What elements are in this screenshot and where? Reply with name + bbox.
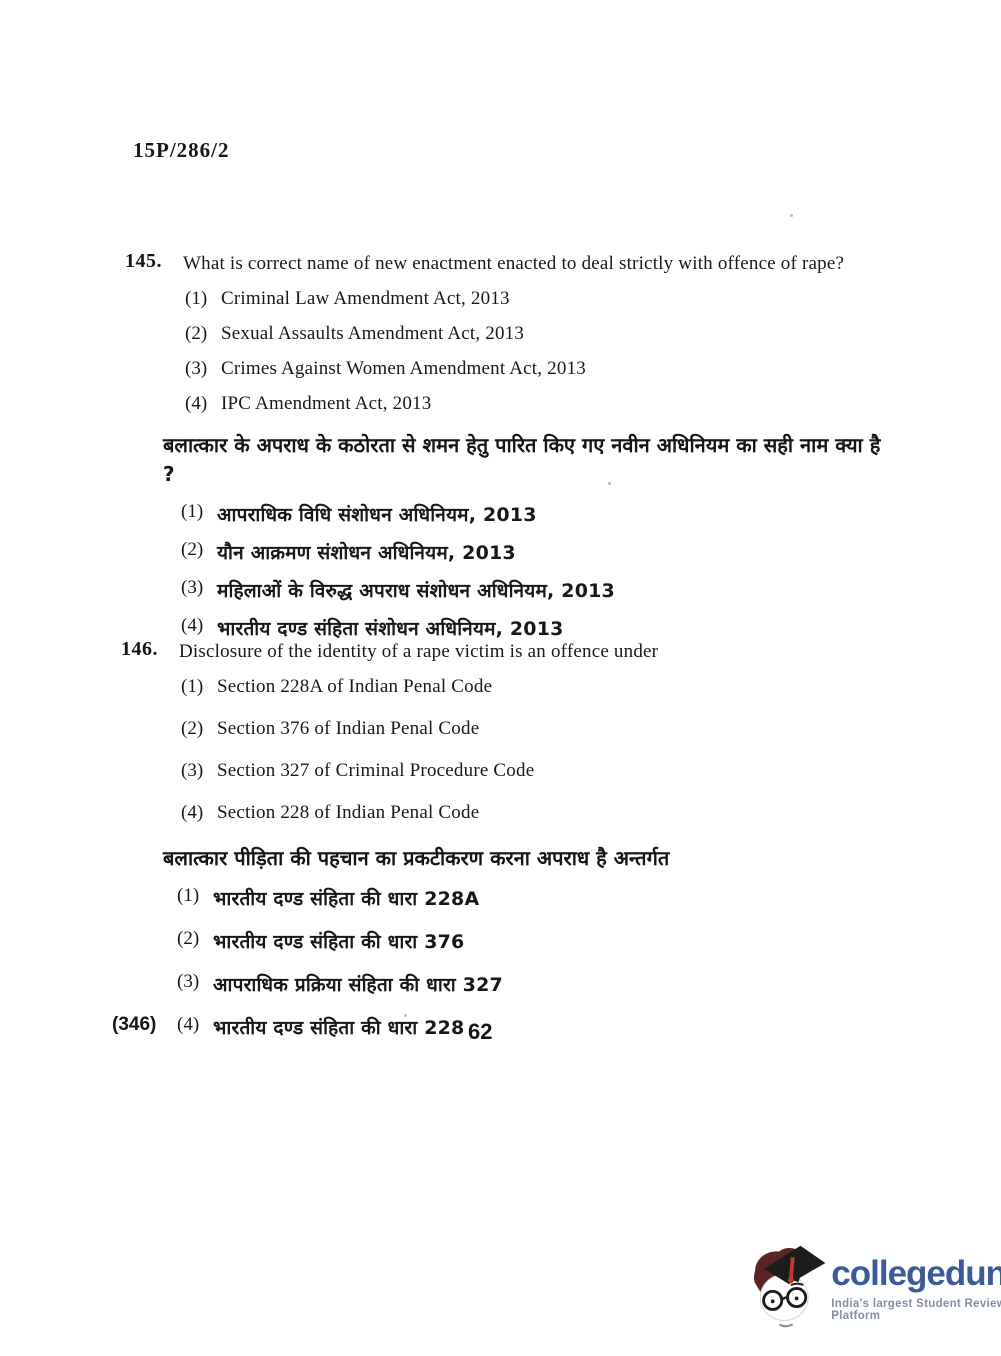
scan-artifact-dot	[608, 482, 611, 485]
option-number: (2)	[181, 539, 217, 565]
collegedunia-logo: collegedunia .com India's largest Studen…	[743, 1238, 1001, 1334]
option-row: (1) भारतीय दण्ड संहिता की धारा 228A	[177, 885, 889, 911]
option-number: (4)	[185, 393, 221, 415]
question-number: 146.	[121, 638, 179, 665]
option-text: Criminal Law Amendment Act, 2013	[221, 288, 510, 310]
question-text-hindi: बलात्कार के अपराध के कठोरता से शमन हेतु …	[163, 431, 893, 489]
option-row: (3) महिलाओं के विरुद्ध अपराध संशोधन अधिन…	[181, 577, 893, 603]
option-row: (2) यौन आक्रमण संशोधन अधिनियम, 2013	[181, 539, 893, 565]
option-text: Sexual Assaults Amendment Act, 2013	[221, 323, 524, 345]
option-number: (3)	[177, 971, 213, 997]
options-english: (1) Section 228A of Indian Penal Code (2…	[181, 676, 889, 824]
brand-tagline: India's largest Student Review Platform	[831, 1298, 1001, 1322]
option-row: (4) Section 228 of Indian Penal Code	[181, 802, 889, 824]
options-hindi: (1) आपराधिक विधि संशोधन अधिनियम, 2013 (2…	[181, 501, 893, 641]
option-row: (1) Criminal Law Amendment Act, 2013	[185, 288, 893, 310]
option-number: (1)	[181, 676, 217, 698]
option-number: (1)	[181, 501, 217, 527]
booklet-series-code: (346)	[112, 1014, 156, 1036]
question-146: 146. Disclosure of the identity of a rap…	[121, 638, 889, 1057]
exam-paper-page: 15P/286/2 145. What is correct name of n…	[0, 0, 1001, 1356]
option-text: Section 228A of Indian Penal Code	[217, 676, 492, 698]
page-number: 62	[468, 1019, 492, 1045]
option-number: (2)	[181, 718, 217, 740]
option-row: (3) आपराधिक प्रक्रिया संहिता की धारा 327	[177, 971, 889, 997]
brand-name: collegedunia	[831, 1256, 1001, 1292]
option-text: आपराधिक प्रक्रिया संहिता की धारा 327	[213, 971, 503, 997]
question-number: 145.	[125, 250, 183, 277]
options-english: (1) Criminal Law Amendment Act, 2013 (2)…	[185, 288, 893, 415]
option-text: महिलाओं के विरुद्ध अपराध संशोधन अधिनियम,…	[217, 577, 615, 603]
option-row: (1) Section 228A of Indian Penal Code	[181, 676, 889, 698]
option-row: (4) भारतीय दण्ड संहिता की धारा 228	[177, 1014, 889, 1040]
option-number: (2)	[185, 323, 221, 345]
collegedunia-mascot-icon	[743, 1238, 827, 1334]
option-row: (1) आपराधिक विधि संशोधन अधिनियम, 2013	[181, 501, 893, 527]
option-number: (1)	[185, 288, 221, 310]
scan-artifact-dot	[404, 1014, 407, 1017]
option-row: (2) Sexual Assaults Amendment Act, 2013	[185, 323, 893, 345]
option-number: (4)	[177, 1014, 213, 1040]
option-text: आपराधिक विधि संशोधन अधिनियम, 2013	[217, 501, 537, 527]
option-number: (3)	[181, 760, 217, 782]
option-text: Section 376 of Indian Penal Code	[217, 718, 479, 740]
option-number: (3)	[181, 577, 217, 603]
option-row: (2) Section 376 of Indian Penal Code	[181, 718, 889, 740]
option-text: भारतीय दण्ड संहिता की धारा 228A	[213, 885, 479, 911]
option-text: Section 228 of Indian Penal Code	[217, 802, 479, 824]
option-number: (2)	[177, 928, 213, 954]
paper-code: 15P/286/2	[133, 138, 230, 163]
option-number: (3)	[185, 358, 221, 380]
option-text: Crimes Against Women Amendment Act, 2013	[221, 358, 586, 380]
option-text: भारतीय दण्ड संहिता की धारा 376	[213, 928, 464, 954]
option-row: (4) IPC Amendment Act, 2013	[185, 393, 893, 415]
option-text: भारतीय दण्ड संहिता की धारा 228	[213, 1014, 464, 1040]
option-text: Section 327 of Criminal Procedure Code	[217, 760, 534, 782]
question-text-english: What is correct name of new enactment en…	[183, 250, 844, 277]
question-145: 145. What is correct name of new enactme…	[125, 250, 893, 653]
scan-artifact-dot	[790, 214, 793, 217]
option-text: यौन आक्रमण संशोधन अधिनियम, 2013	[217, 539, 516, 565]
option-row: (3) Section 327 of Criminal Procedure Co…	[181, 760, 889, 782]
options-hindi: (1) भारतीय दण्ड संहिता की धारा 228A (2) …	[177, 885, 889, 1040]
option-row: (2) भारतीय दण्ड संहिता की धारा 376	[177, 928, 889, 954]
option-number: (1)	[177, 885, 213, 911]
option-number: (4)	[181, 802, 217, 824]
option-text: IPC Amendment Act, 2013	[221, 393, 431, 415]
option-row: (3) Crimes Against Women Amendment Act, …	[185, 358, 893, 380]
question-text-hindi: बलात्कार पीड़िता की पहचान का प्रकटीकरण क…	[163, 844, 889, 873]
logo-text-block: collegedunia .com India's largest Studen…	[831, 1238, 1001, 1322]
question-text-english: Disclosure of the identity of a rape vic…	[179, 638, 658, 665]
